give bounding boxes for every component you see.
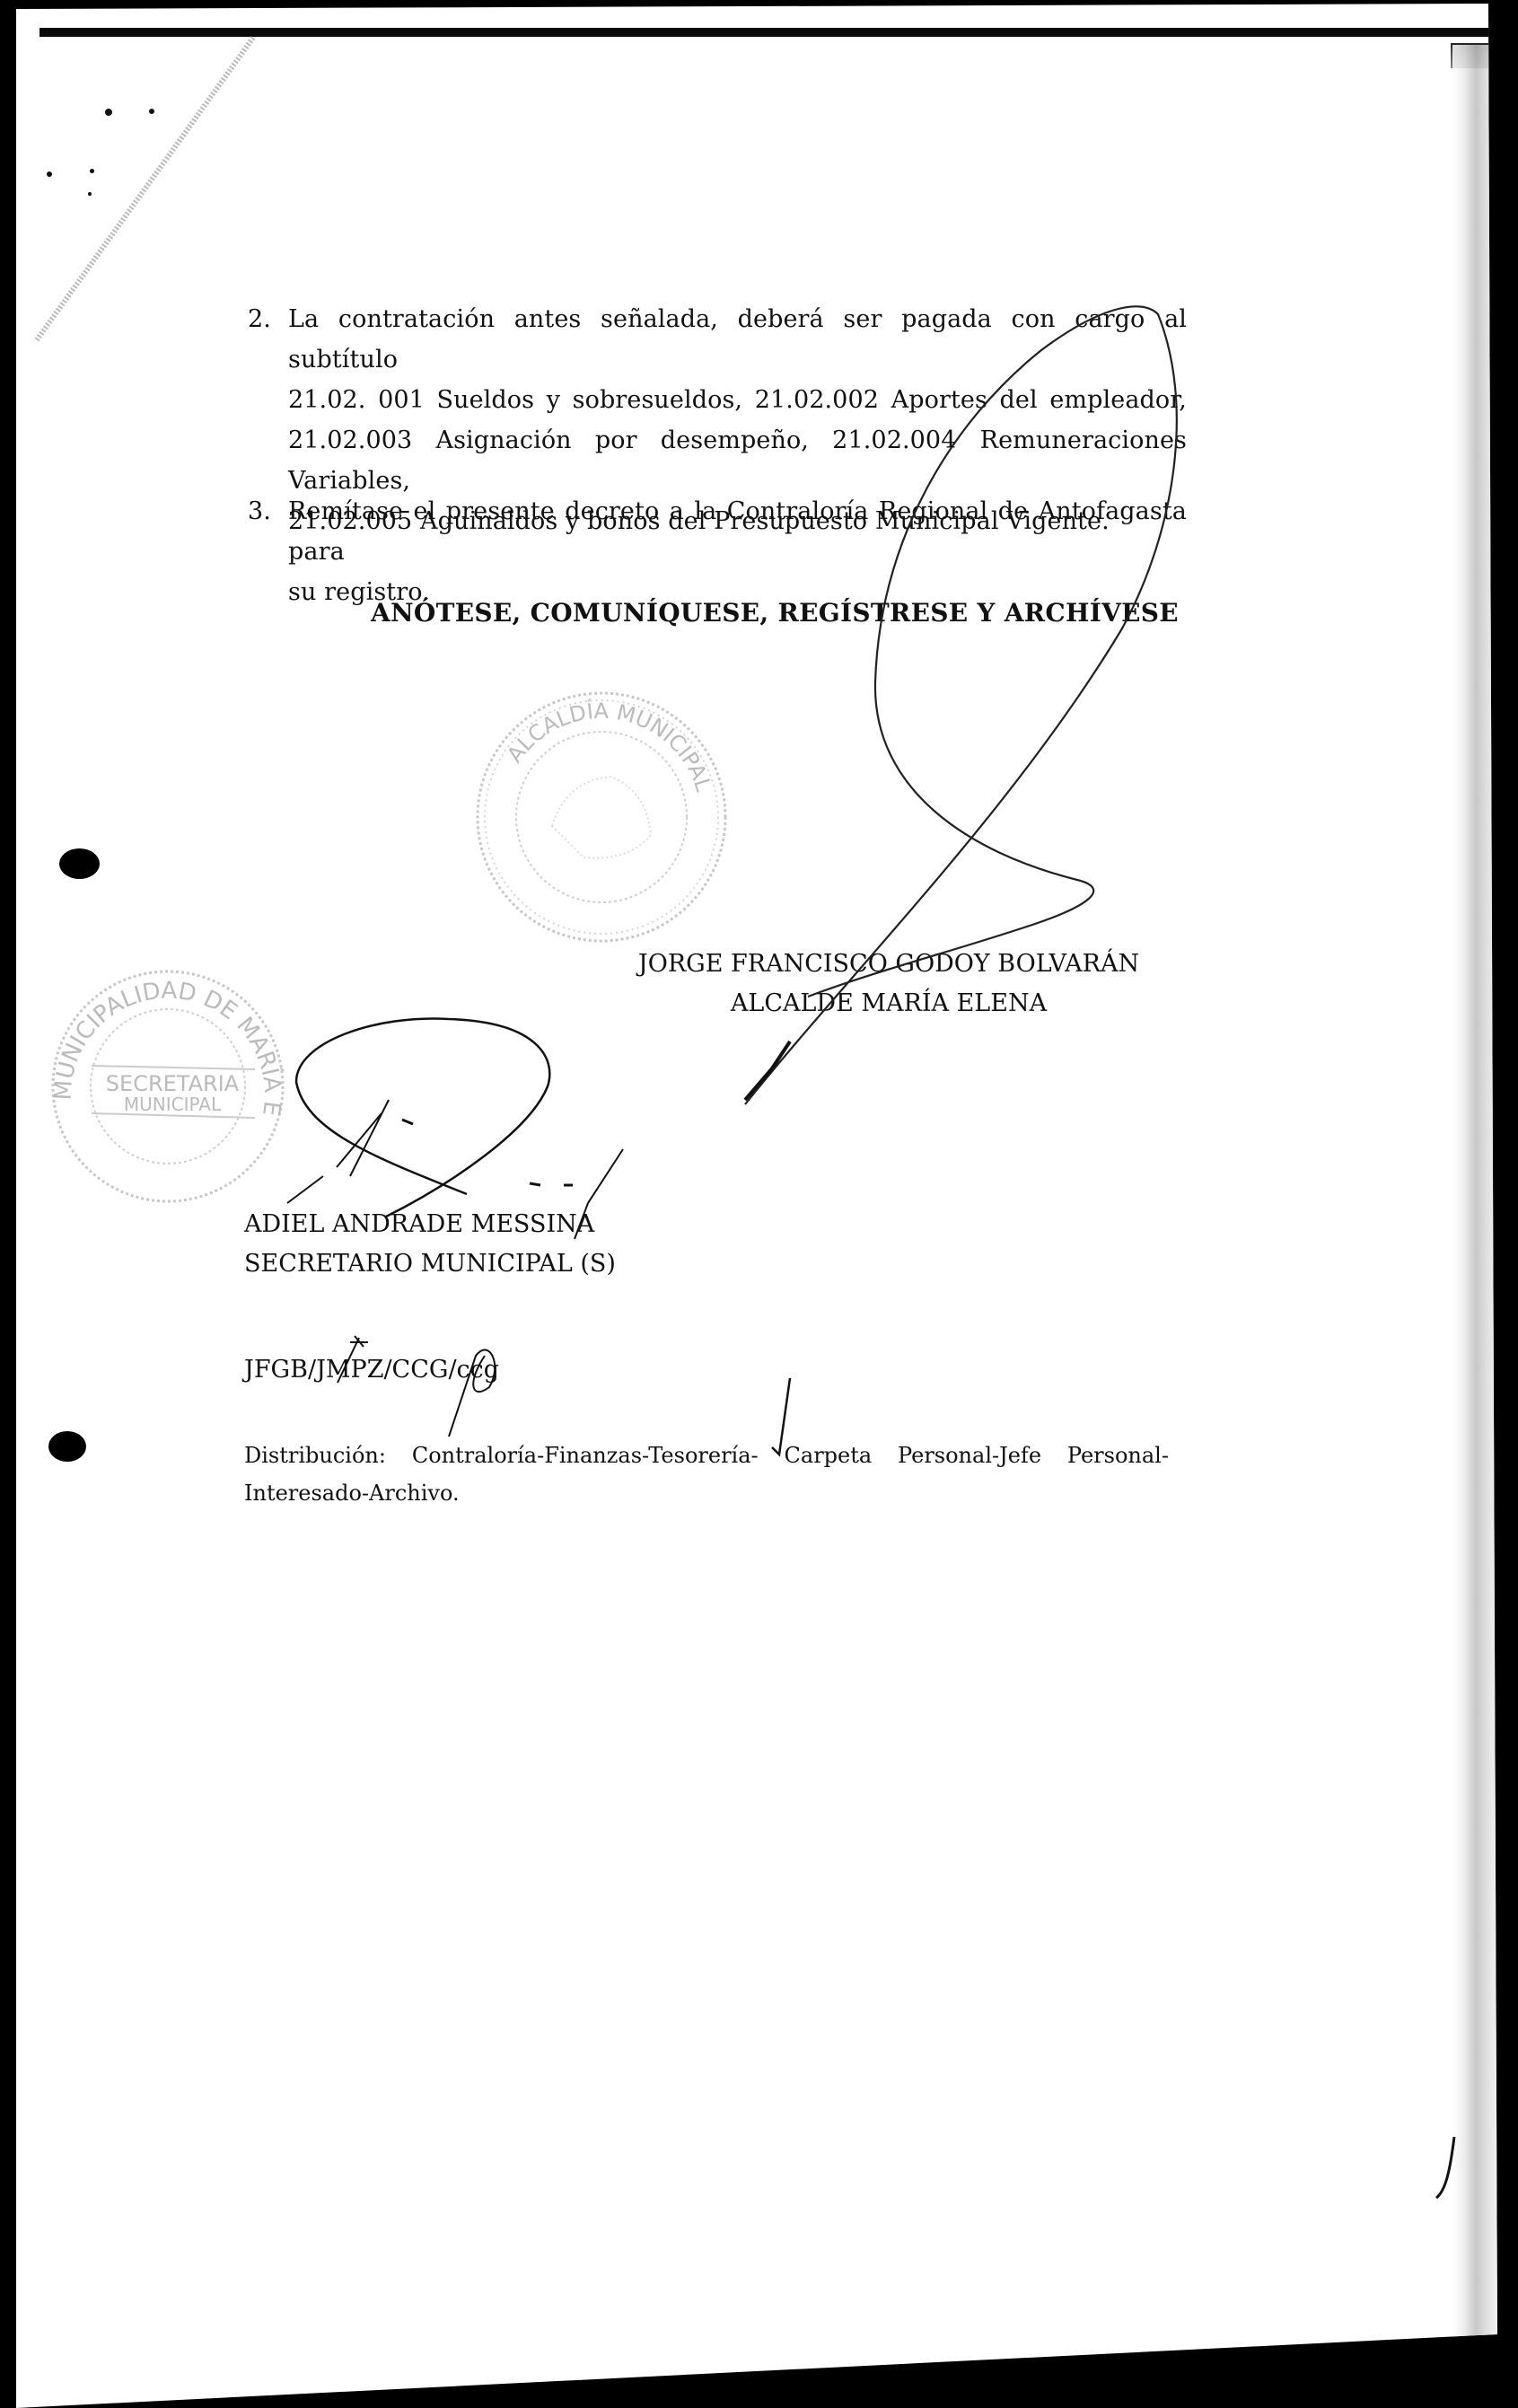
distribution-item: Personal- xyxy=(1067,1443,1169,1468)
distribution-line-1: Distribución: Contraloría-Finanzas-Tesor… xyxy=(244,1437,1169,1474)
scan-speck xyxy=(47,171,52,177)
distribution-line-2: Interesado-Archivo. xyxy=(244,1474,1169,1512)
paragraph-line: Remítase el presente decreto a la Contra… xyxy=(288,491,1187,572)
signatory-name: ADIEL ANDRADE MESSINA xyxy=(244,1205,621,1244)
paragraph-line: La contratación antes señalada, deberá s… xyxy=(288,299,1187,380)
signatory-title: SECRETARIO MUNICIPAL (S) xyxy=(244,1244,621,1284)
signatory-mayor: JORGE FRANCISCO GODOY BOLVARÁN ALCALDE M… xyxy=(610,945,1167,1024)
punch-hole xyxy=(59,848,100,879)
scan-speck xyxy=(105,109,112,116)
signatory-name: JORGE FRANCISCO GODOY BOLVARÁN xyxy=(610,945,1167,984)
distribution-item: Carpeta xyxy=(785,1443,873,1468)
scan-speck xyxy=(149,109,154,114)
reference-initials: JFGB/JMPZ/CCG/ccg xyxy=(244,1356,499,1384)
paragraph-line: 21.02.003 Asignación por desempeño, 21.0… xyxy=(288,420,1187,501)
distribution-item: Contraloría-Finanzas-Tesorería- xyxy=(412,1443,759,1468)
scan-right-edge-strip xyxy=(1452,45,1512,2339)
distribution-item: Personal-Jefe xyxy=(898,1443,1041,1468)
distribution-list: Distribución: Contraloría-Finanzas-Tesor… xyxy=(244,1437,1169,1512)
punch-hole xyxy=(48,1431,86,1462)
scan-speck xyxy=(88,192,92,196)
signatory-title: ALCALDE MARÍA ELENA xyxy=(610,984,1167,1024)
paragraph-number: 3. xyxy=(248,491,288,612)
scan-speck xyxy=(90,169,94,173)
paragraph-line: 21.02. 001 Sueldos y sobresueldos, 21.02… xyxy=(288,380,1187,420)
paragraph-3: 3. Remítase el presente decreto a la Con… xyxy=(248,491,1187,612)
signatory-secretary: ADIEL ANDRADE MESSINA SECRETARIO MUNICIP… xyxy=(244,1205,621,1284)
distribution-label: Distribución: xyxy=(244,1443,386,1468)
scan-top-edge xyxy=(39,28,1494,37)
closing-formula: ANÓTESE, COMUNÍQUESE, REGÍSTRESE Y ARCHÍ… xyxy=(371,598,1179,628)
